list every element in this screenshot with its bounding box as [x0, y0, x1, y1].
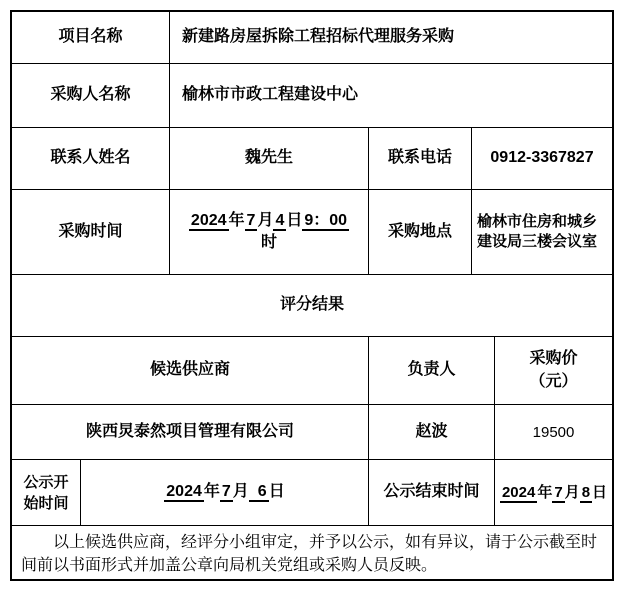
project-name-value: 新建路房屋拆除工程招标代理服务采购 — [170, 12, 612, 64]
contact-phone-label-text: 联系电话 — [388, 147, 452, 169]
publicity-start-day: 6 — [249, 483, 269, 502]
header-principal-text: 负责人 — [407, 359, 455, 381]
purchase-place-label: 采购地点 — [369, 190, 472, 275]
contact-name-label: 联系人姓名 — [12, 128, 170, 190]
header-principal: 负责人 — [369, 337, 495, 405]
purchase-time-year: 2024 — [189, 212, 229, 231]
publicity-end-day-unit: 日 — [592, 484, 607, 501]
publicity-start-value: 2024年7月6日 — [81, 460, 369, 526]
purchase-place-value: 榆林市住房和城乡建设局三楼会议室 — [472, 190, 612, 275]
contact-name-value: 魏先生 — [170, 128, 369, 190]
publicity-start-year: 2024 — [164, 483, 204, 502]
announcement-sheet: 项目名称 新建路房屋拆除工程招标代理服务采购 采购人名称 榆林市市政工程建设中心… — [0, 0, 624, 591]
publicity-end-year: 2024 — [500, 484, 537, 503]
publicity-start-month-unit: 月 — [233, 483, 249, 500]
footer-note: 以上候选供应商，经评分小组审定，并予以公示，如有异议，请于公示截至时间前以书面形… — [12, 526, 612, 579]
purchase-time-date: 2024年7月4日9：00 时 — [189, 210, 349, 255]
publicity-end-value: 2024年7月8日 — [495, 460, 612, 526]
header-purchase-price-line2: （元） — [529, 371, 577, 393]
publicity-start-year-unit: 年 — [204, 483, 220, 500]
publicity-end-label: 公示结束时间 — [369, 460, 495, 526]
purchase-time-clock: 9：00 — [302, 212, 349, 231]
publicity-end-date: 2024年7月8日 — [500, 482, 607, 503]
supplier-name-cell: 陕西炅泰然项目管理有限公司 — [12, 405, 369, 460]
purchase-price-cell: 19500 — [495, 405, 612, 460]
purchase-time-month: 7 — [245, 212, 258, 231]
publicity-start-label-text: 公示开始时间 — [24, 472, 69, 514]
contact-phone-label: 联系电话 — [369, 128, 472, 190]
publicity-end-month-unit: 月 — [565, 484, 580, 501]
purchase-time-year-unit: 年 — [229, 212, 245, 229]
project-name-label-text: 项目名称 — [58, 26, 122, 48]
purchaser-name-label-text: 采购人名称 — [50, 84, 130, 106]
header-purchase-price-text: 采购价 （元） — [529, 348, 577, 393]
purchaser-name-value-text: 榆林市市政工程建设中心 — [182, 84, 358, 106]
project-name-label: 项目名称 — [12, 12, 170, 64]
purchase-time-month-unit: 月 — [257, 212, 273, 229]
contact-name-label-text: 联系人姓名 — [50, 147, 130, 169]
publicity-end-month: 7 — [552, 484, 564, 503]
publicity-start-date: 2024年7月6日 — [164, 481, 284, 503]
footer-note-text: 以上候选供应商，经评分小组审定，并予以公示，如有异议，请于公示截至时间前以书面形… — [21, 531, 603, 577]
score-result-title-text: 评分结果 — [280, 294, 344, 316]
publicity-start-month: 7 — [220, 483, 233, 502]
header-candidate-supplier-text: 候选供应商 — [150, 359, 230, 381]
purchase-time-day-unit: 日 — [286, 212, 302, 229]
purchase-price-text: 19500 — [533, 422, 575, 443]
principal-name-cell: 赵波 — [369, 405, 495, 460]
purchase-time-clock-unit: 时 — [189, 232, 349, 254]
project-name-value-text: 新建路房屋拆除工程招标代理服务采购 — [182, 26, 454, 48]
purchaser-name-value: 榆林市市政工程建设中心 — [170, 64, 612, 128]
publicity-start-day-unit: 日 — [269, 483, 285, 500]
principal-name-text: 赵波 — [415, 421, 447, 443]
purchase-time-value: 2024年7月4日9：00 时 — [170, 190, 369, 275]
header-purchase-price: 采购价 （元） — [495, 337, 612, 405]
publicity-start-label: 公示开始时间 — [12, 460, 81, 526]
purchase-time-label-text: 采购时间 — [58, 221, 122, 243]
header-purchase-price-line1: 采购价 — [529, 348, 577, 370]
contact-phone-value: 0912-3367827 — [472, 128, 612, 190]
contact-name-value-text: 魏先生 — [245, 147, 293, 169]
purchase-time-day: 4 — [273, 212, 286, 231]
procurement-announcement-table: 项目名称 新建路房屋拆除工程招标代理服务采购 采购人名称 榆林市市政工程建设中心… — [10, 10, 614, 581]
publicity-end-day: 8 — [580, 484, 592, 503]
publicity-end-label-text: 公示结束时间 — [383, 481, 479, 503]
score-result-title: 评分结果 — [12, 275, 612, 337]
publicity-end-year-unit: 年 — [537, 484, 552, 501]
purchase-time-label: 采购时间 — [12, 190, 170, 275]
purchaser-name-label: 采购人名称 — [12, 64, 170, 128]
supplier-name-text: 陕西炅泰然项目管理有限公司 — [86, 421, 294, 443]
purchase-place-value-text: 榆林市住房和城乡建设局三楼会议室 — [477, 212, 607, 253]
purchase-place-label-text: 采购地点 — [388, 221, 452, 243]
header-candidate-supplier: 候选供应商 — [12, 337, 369, 405]
contact-phone-value-text: 0912-3367827 — [490, 147, 593, 169]
